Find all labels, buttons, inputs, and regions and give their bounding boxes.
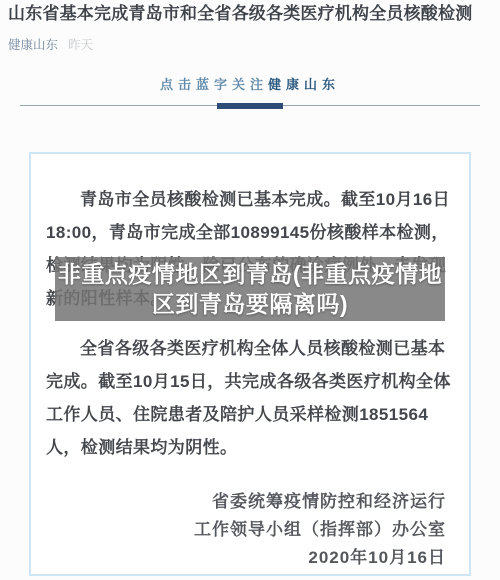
divider-accent-bar bbox=[217, 103, 283, 109]
watermark-line-1: 非重点疫情地区到青岛(非重点疫情地 bbox=[58, 259, 442, 289]
signature-date: 2020年10月16日 bbox=[46, 544, 446, 572]
signature-line-1: 省委统筹疫情防控和经济运行 bbox=[46, 488, 446, 516]
page-title: 山东省基本完成青岛市和全省各级各类医疗机构全员核酸检测 bbox=[8, 3, 490, 26]
notice-box: 青岛市全员核酸检测已基本完成。截至10月16日18:00，青岛市完成全部1089… bbox=[29, 152, 471, 576]
watermark-overlay: 非重点疫情地区到青岛(非重点疫情地 区到青岛要隔离吗) bbox=[55, 257, 445, 321]
publish-time: 昨天 bbox=[68, 35, 93, 53]
article-meta: 健康山东 昨天 bbox=[8, 35, 490, 53]
source-account-link[interactable]: 健康山东 bbox=[8, 35, 58, 53]
watermark-line-2: 区到青岛要隔离吗) bbox=[152, 289, 348, 319]
section-divider bbox=[20, 102, 480, 109]
signature-line-2: 工作领导小组（指挥部）办公室 bbox=[46, 516, 446, 544]
follow-banner-account: 健康山东 bbox=[268, 77, 340, 92]
article-header: 山东省基本完成青岛市和全省各级各类医疗机构全员核酸检测 健康山东 昨天 bbox=[0, 0, 500, 53]
signature-block: 省委统筹疫情防控和经济运行 工作领导小组（指挥部）办公室 2020年10月16日 bbox=[46, 488, 454, 572]
follow-banner-prefix: 点击蓝字关注 bbox=[160, 77, 268, 92]
notice-paragraph-2: 全省各级各类医疗机构全体人员核酸检测已基本完成。截至10月15日，共完成各级各类… bbox=[46, 332, 454, 464]
follow-banner[interactable]: 点击蓝字关注健康山东 bbox=[0, 74, 500, 93]
